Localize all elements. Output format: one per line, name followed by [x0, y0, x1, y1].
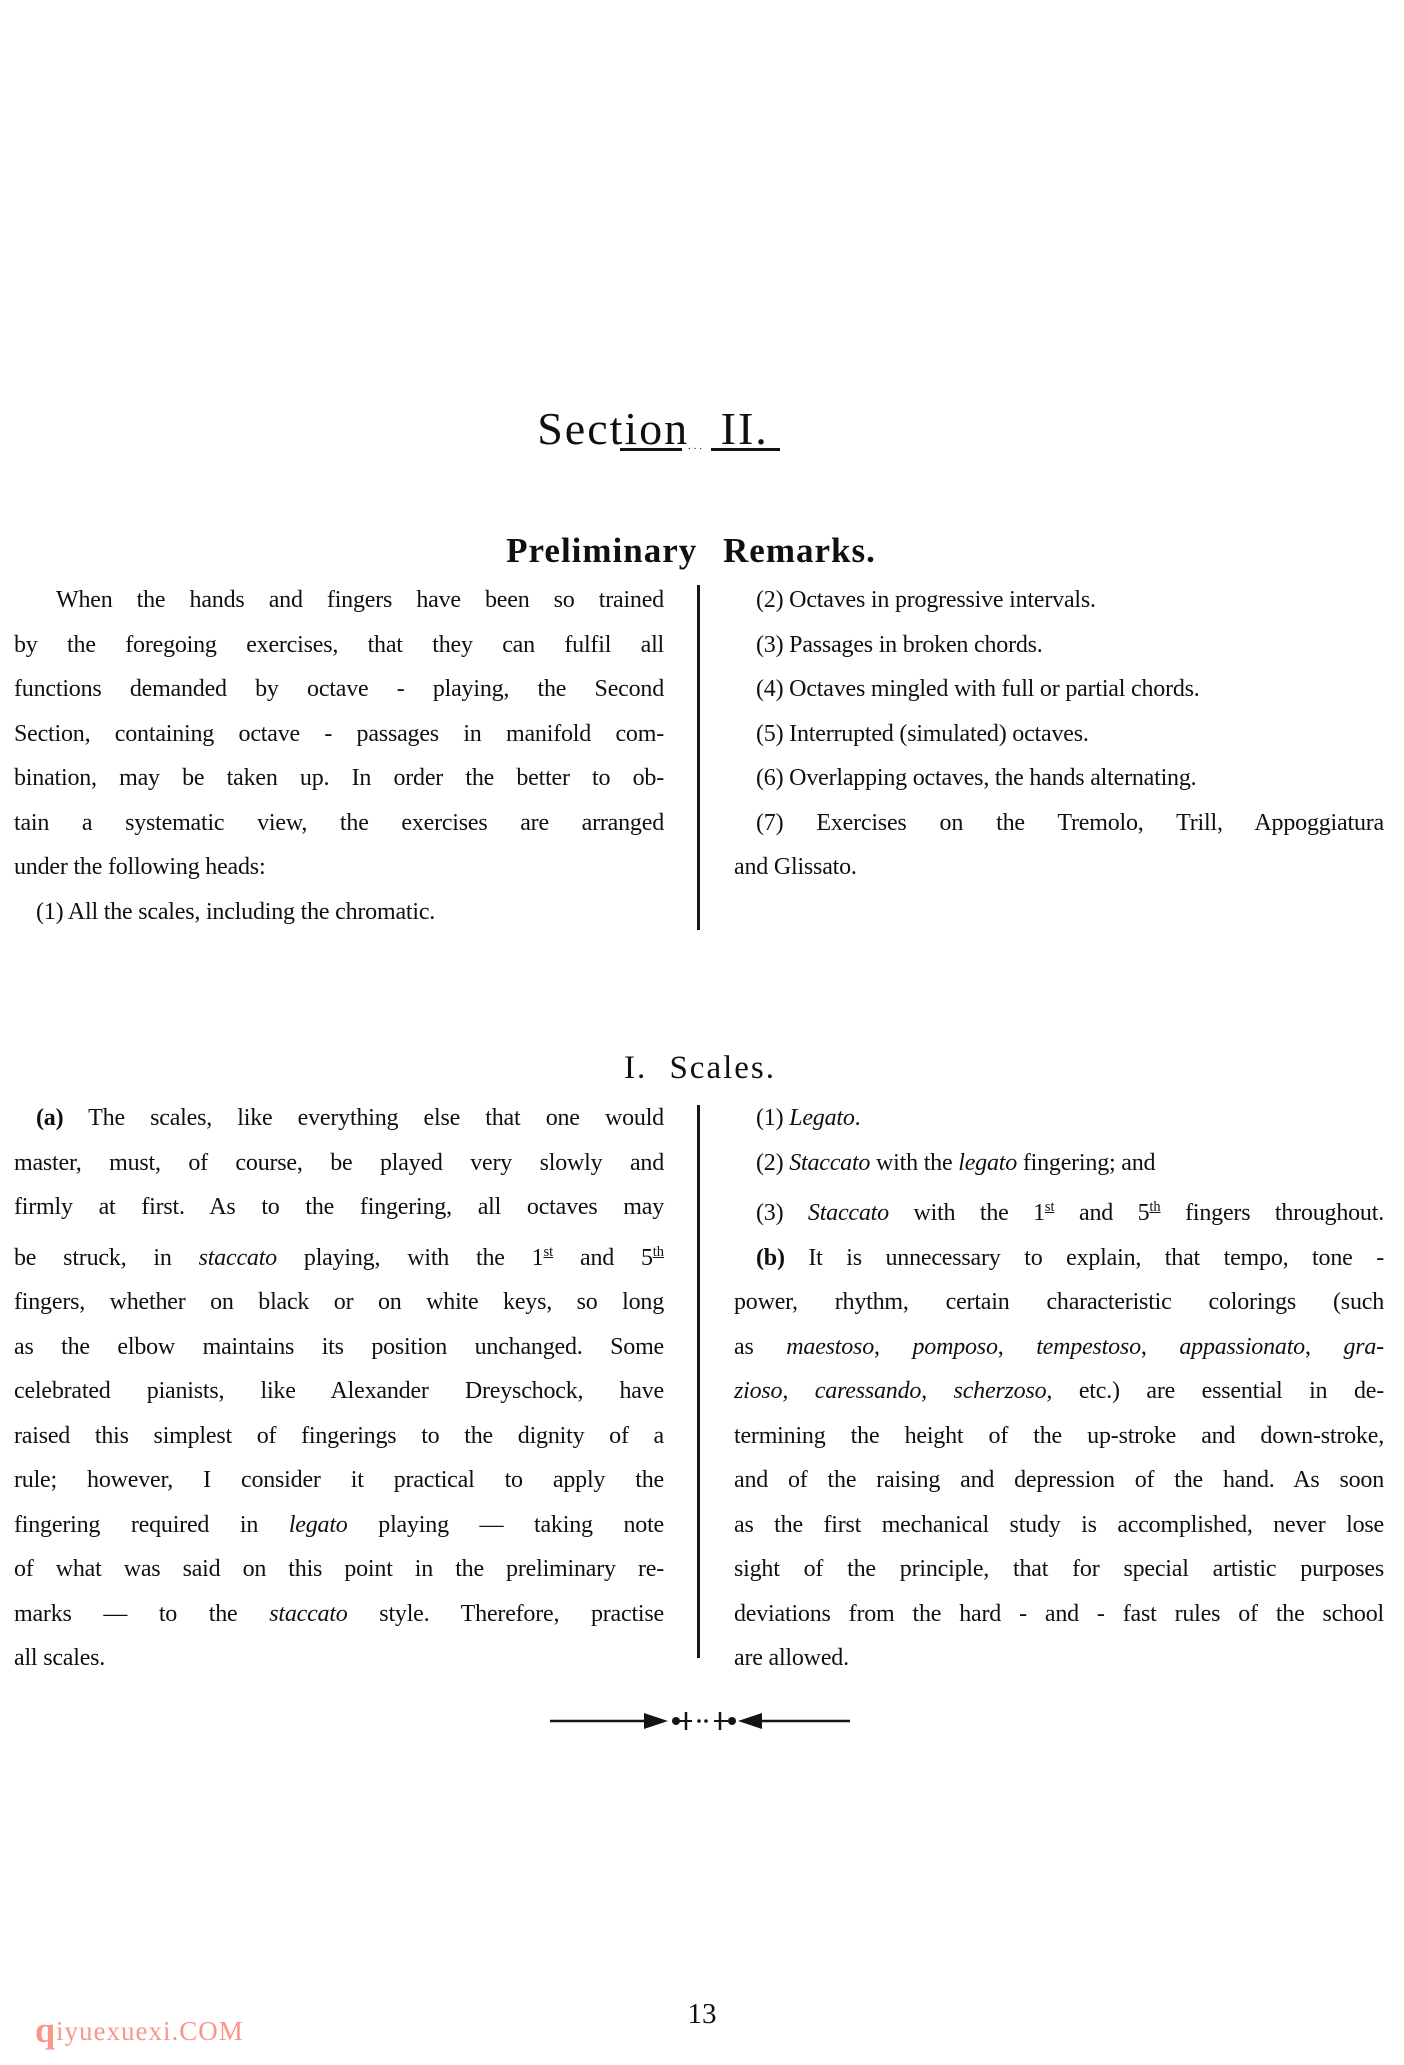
text-line: sight of the principle, that for special… [734, 1547, 1384, 1592]
text-line: fingering required in legato playing — t… [14, 1503, 664, 1548]
scales-right-column: (1) Legato.(2) Staccato with the legato … [734, 1096, 1384, 1681]
preliminary-right-column: (2) Octaves in progressive intervals.(3)… [734, 578, 1384, 890]
watermark-initial: q [35, 2010, 56, 2050]
text-line: termining the height of the up-stroke an… [734, 1414, 1384, 1459]
text-line: (6) Overlapping octaves, the hands alter… [734, 756, 1384, 801]
text-line: (1) Legato. [734, 1096, 1384, 1141]
column-rule-preliminary [697, 585, 700, 930]
preliminary-remarks-heading: Preliminary Remarks. [0, 527, 1382, 575]
text-line: marks — to the staccato style. Therefore… [14, 1592, 664, 1637]
text-line: (1) All the scales, including the chroma… [14, 890, 664, 935]
divider-dots: ··· [688, 448, 705, 451]
text-line: fingers, whether on black or on white ke… [14, 1280, 664, 1325]
divider-line-right [711, 448, 780, 451]
text-line: master, must, of course, be played very … [14, 1141, 664, 1186]
text-line: and of the raising and depression of the… [734, 1458, 1384, 1503]
text-line: under the following heads: [14, 845, 664, 890]
text-line: (b) It is unnecessary to explain, that t… [734, 1236, 1384, 1281]
text-line: (2) Staccato with the legato fingering; … [734, 1141, 1384, 1186]
text-line: zioso, caressando, scherzoso, etc.) are … [734, 1369, 1384, 1414]
divider-line-left [620, 448, 682, 451]
scales-left-column: (a) The scales, like everything else tha… [14, 1096, 664, 1681]
text-line: (2) Octaves in progressive intervals. [734, 578, 1384, 623]
text-line: bination, may be taken up. In order the … [14, 756, 664, 801]
text-line: celebrated pianists, like Alexander Drey… [14, 1369, 664, 1414]
column-rule-scales [697, 1105, 700, 1658]
text-line: deviations from the hard - and - fast ru… [734, 1592, 1384, 1637]
text-line: are allowed. [734, 1636, 1384, 1681]
text-line: (3) Passages in broken chords. [734, 623, 1384, 668]
text-line: power, rhythm, certain characteristic co… [734, 1280, 1384, 1325]
text-line: When the hands and fingers have been so … [14, 578, 664, 623]
text-line: (5) Interrupted (simulated) octaves. [734, 712, 1384, 757]
text-line: firmly at first. As to the fingering, al… [14, 1185, 664, 1230]
watermark-text: iyuexuexi.COM [56, 2016, 244, 2046]
text-line: of what was said on this point in the pr… [14, 1547, 664, 1592]
title-divider: ··· [620, 444, 780, 454]
preliminary-left-column: When the hands and fingers have been so … [14, 578, 664, 934]
text-line: Section, containing octave - passages in… [14, 712, 664, 757]
text-line: by the foregoing exercises, that they ca… [14, 623, 664, 668]
text-line: (4) Octaves mingled with full or partial… [734, 667, 1384, 712]
text-line: (7) Exercises on the Tremolo, Trill, App… [734, 801, 1384, 846]
ornament-divider-icon [550, 1708, 850, 1734]
text-line: all scales. [14, 1636, 664, 1681]
book-page: Section II. ··· Preliminary Remarks. Whe… [0, 0, 1404, 2065]
text-line: as the elbow maintains its position unch… [14, 1325, 664, 1370]
text-line: rule; however, I consider it practical t… [14, 1458, 664, 1503]
text-line: tain a systematic view, the exercises ar… [14, 801, 664, 846]
text-line: as the first mechanical study is accompl… [734, 1503, 1384, 1548]
scales-heading: I. Scales. [0, 1045, 1400, 1091]
text-line: be struck, in staccato playing, with the… [14, 1230, 664, 1281]
text-line: functions demanded by octave - playing, … [14, 667, 664, 712]
watermark: qiyuexuexi.COM [35, 2012, 244, 2049]
text-line: (3) Staccato with the 1st and 5th finger… [734, 1185, 1384, 1236]
text-line: (a) The scales, like everything else tha… [14, 1096, 664, 1141]
text-line: raised this simplest of fingerings to th… [14, 1414, 664, 1459]
text-line: as maestoso, pomposo, tempestoso, appass… [734, 1325, 1384, 1370]
text-line: and Glissato. [734, 845, 1384, 890]
